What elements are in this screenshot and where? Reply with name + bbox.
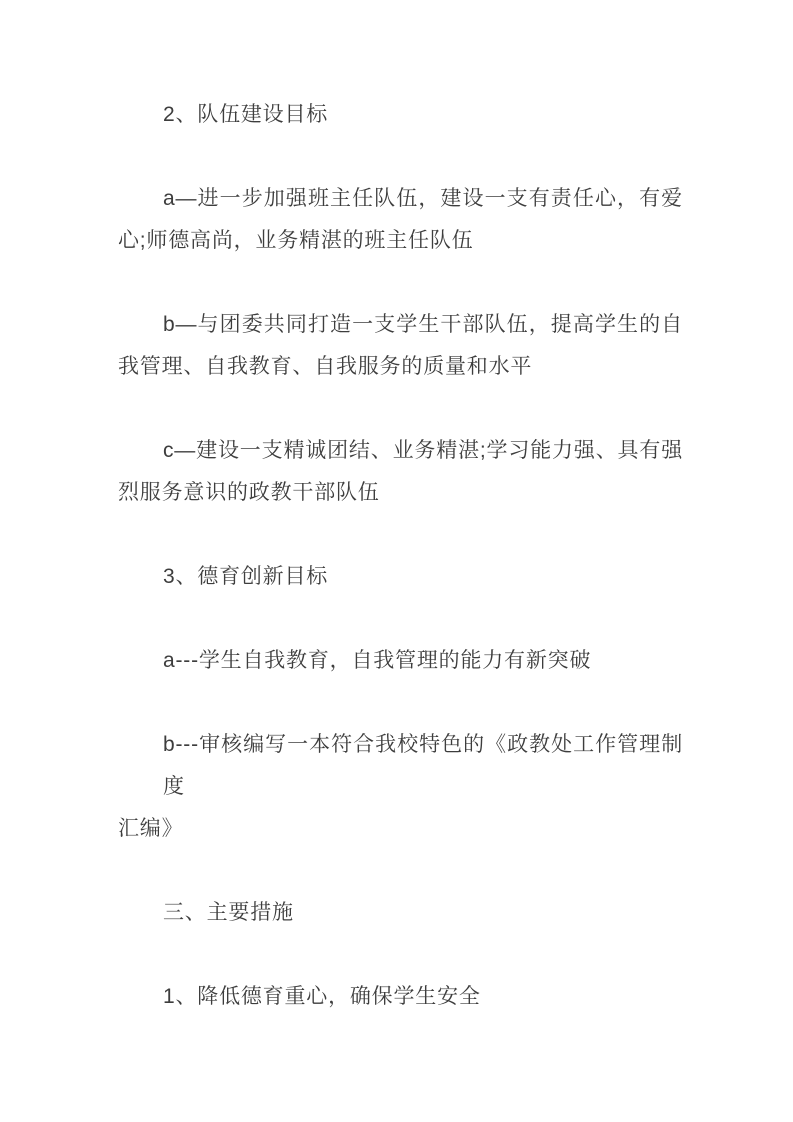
text-line: b—与团委共同打造一支学生干部队伍，提高学生的自	[118, 304, 683, 346]
text-line: 心;师德高尚，业务精湛的班主任队伍	[118, 220, 683, 262]
text-line: a---学生自我教育，自我管理的能力有新突破	[118, 640, 683, 682]
paragraph: b---审核编写一本符合我校特色的《政教处工作管理制度汇编》	[118, 724, 683, 850]
paragraph: a---学生自我教育，自我管理的能力有新突破	[118, 640, 683, 682]
text-line: 汇编》	[118, 808, 683, 850]
text-line: a—进一步加强班主任队伍，建设一支有责任心，有爱	[118, 178, 683, 220]
text-line: 3、德育创新目标	[118, 556, 683, 598]
text-line: 三、主要措施	[118, 892, 683, 934]
text-line: c—建设一支精诚团结、业务精湛;学习能力强、具有强	[118, 430, 683, 472]
text-line: 我管理、自我教育、自我服务的质量和水平	[118, 346, 683, 388]
text-line: b---审核编写一本符合我校特色的《政教处工作管理制度	[118, 724, 683, 808]
paragraph: 3、德育创新目标	[118, 556, 683, 598]
paragraph: 1、降低德育重心，确保学生安全	[118, 976, 683, 1018]
text-line: 1、降低德育重心，确保学生安全	[118, 976, 683, 1018]
paragraph: a—进一步加强班主任队伍，建设一支有责任心，有爱心;师德高尚，业务精湛的班主任队…	[118, 178, 683, 262]
text-line: 烈服务意识的政教干部队伍	[118, 472, 683, 514]
document-page: 2、队伍建设目标a—进一步加强班主任队伍，建设一支有责任心，有爱心;师德高尚，业…	[0, 0, 793, 1122]
paragraph: 2、队伍建设目标	[118, 94, 683, 136]
paragraph: b—与团委共同打造一支学生干部队伍，提高学生的自我管理、自我教育、自我服务的质量…	[118, 304, 683, 388]
document-body: 2、队伍建设目标a—进一步加强班主任队伍，建设一支有责任心，有爱心;师德高尚，业…	[118, 94, 683, 1018]
text-line: 2、队伍建设目标	[118, 94, 683, 136]
paragraph: 三、主要措施	[118, 892, 683, 934]
paragraph: c—建设一支精诚团结、业务精湛;学习能力强、具有强烈服务意识的政教干部队伍	[118, 430, 683, 514]
